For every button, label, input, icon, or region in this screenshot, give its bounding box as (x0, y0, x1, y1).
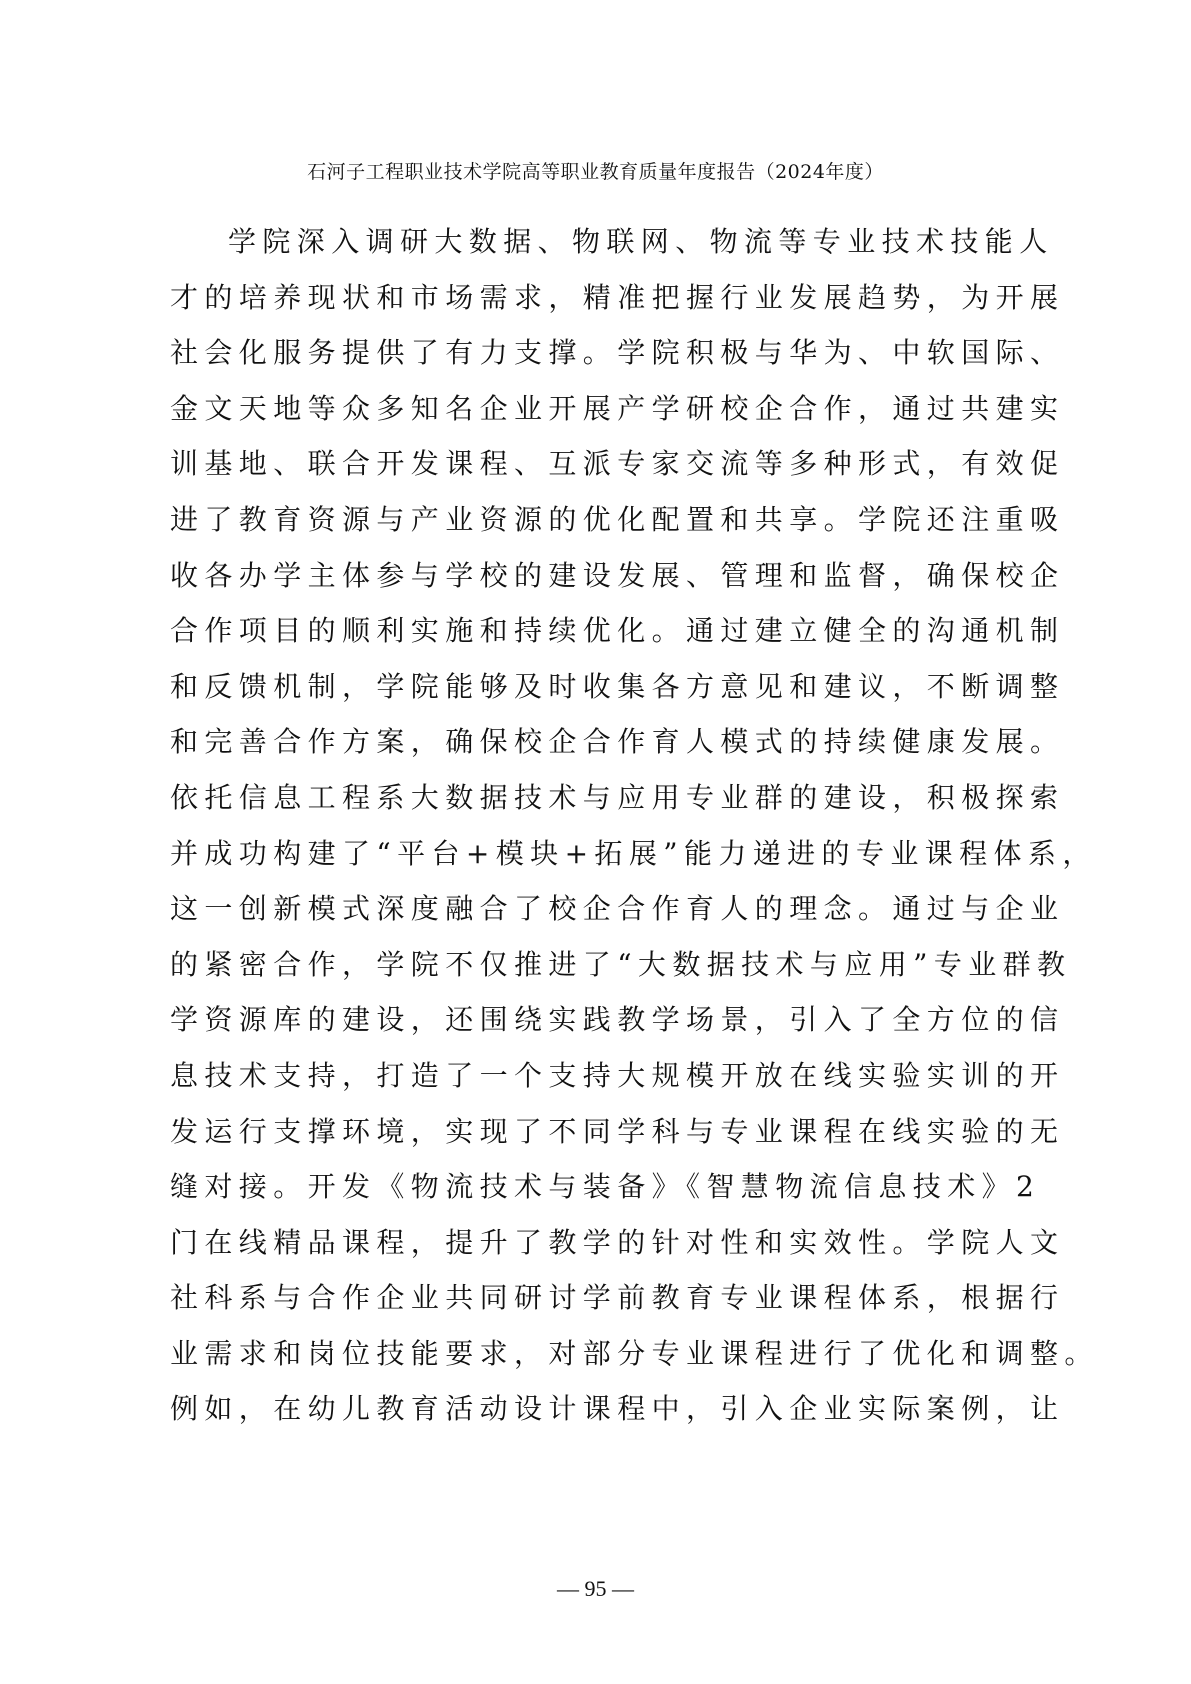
body-paragraph: 学院深入调研大数据、物联网、物流等专业技术技能人 才的培养现状和市场需求，精准把… (170, 214, 1020, 1437)
text-line: 才的培养现状和市场需求，精准把握行业发展趋势，为开展 (170, 270, 1020, 326)
running-header: 石河子工程职业技术学院高等职业教育质量年度报告（2024年度） (0, 160, 1191, 184)
text-line: 依托信息工程系大数据技术与应用专业群的建设，积极探索 (170, 770, 1020, 826)
text-line: 学资源库的建设，还围绕实践教学场景，引入了全方位的信 (170, 992, 1020, 1048)
text-line: 业需求和岗位技能要求，对部分专业课程进行了优化和调整。 (170, 1326, 1020, 1382)
text-line: 缝对接。开发《物流技术与装备》《智慧物流信息技术》2 (170, 1159, 1020, 1215)
text-line: 学院深入调研大数据、物联网、物流等专业技术技能人 (170, 214, 1020, 270)
text-line: 的紧密合作，学院不仅推进了“大数据技术与应用”专业群教 (170, 937, 1020, 993)
text-line: 这一创新模式深度融合了校企合作育人的理念。通过与企业 (170, 881, 1020, 937)
text-line: 发运行支撑环境，实现了不同学科与专业课程在线实验的无 (170, 1104, 1020, 1160)
text-line: 训基地、联合开发课程、互派专家交流等多种形式，有效促 (170, 436, 1020, 492)
text-line: 并成功构建了“平台+模块+拓展”能力递进的专业课程体系， (170, 826, 1020, 882)
text-line: 和反馈机制，学院能够及时收集各方意见和建议，不断调整 (170, 659, 1020, 715)
text-line: 金文天地等众多知名企业开展产学研校企合作，通过共建实 (170, 381, 1020, 437)
text-line: 例如，在幼儿教育活动设计课程中，引入企业实际案例，让 (170, 1381, 1020, 1437)
text-line: 和完善合作方案，确保校企合作育人模式的持续健康发展。 (170, 714, 1020, 770)
page-number: — 95 — (0, 1574, 1191, 1604)
text-line: 社科系与合作企业共同研讨学前教育专业课程体系，根据行 (170, 1270, 1020, 1326)
text-line: 进了教育资源与产业资源的优化配置和共享。学院还注重吸 (170, 492, 1020, 548)
text-line: 门在线精品课程，提升了教学的针对性和实效性。学院人文 (170, 1215, 1020, 1271)
text-line: 合作项目的顺利实施和持续优化。通过建立健全的沟通机制 (170, 603, 1020, 659)
text-line: 社会化服务提供了有力支撑。学院积极与华为、中软国际、 (170, 325, 1020, 381)
text-line: 息技术支持，打造了一个支持大规模开放在线实验实训的开 (170, 1048, 1020, 1104)
text-line: 收各办学主体参与学校的建设发展、管理和监督，确保校企 (170, 548, 1020, 604)
document-page: 石河子工程职业技术学院高等职业教育质量年度报告（2024年度） 学院深入调研大数… (0, 0, 1191, 1684)
